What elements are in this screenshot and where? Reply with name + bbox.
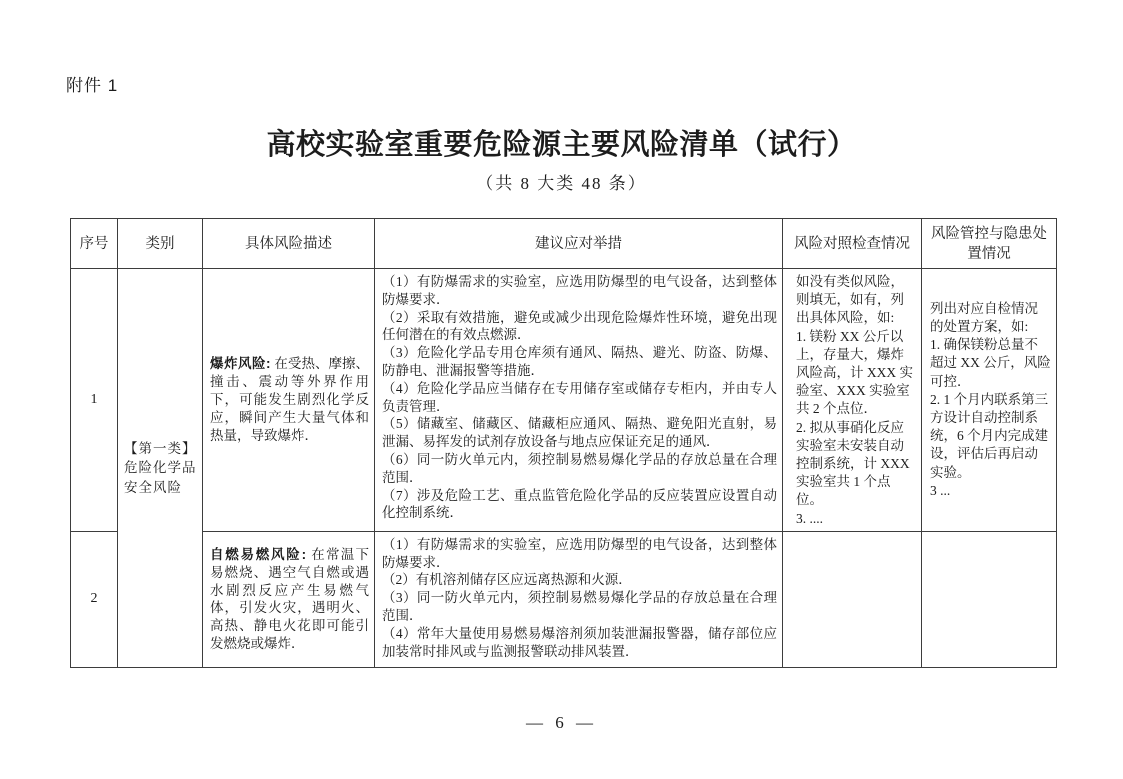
- header-risk-control-status: 风险管控与隐患处置情况: [922, 219, 1057, 269]
- risk-title-bold: 爆炸风险:: [210, 356, 271, 371]
- page-title: 高校实验室重要危险源主要风险清单（试行）: [0, 122, 1123, 163]
- attachment-label: 附件 1: [66, 71, 118, 96]
- risk-description-text: 在常温下易燃烧、遇空气自燃或遇水剧烈反应产生易燃气体，引发火灾，遇明火、高热、静…: [210, 547, 369, 651]
- table-row: 1 【第一类】 危险化学品 安全风险 爆炸风险: 在受热、摩擦、撞击、震动等外界…: [71, 269, 1057, 532]
- cell-row1-risk-description: 爆炸风险: 在受热、摩擦、撞击、震动等外界作用下，可能发生剧烈化学反应，瞬间产生…: [203, 269, 375, 532]
- table-header-row: 序号 类别 具体风险描述 建议应对举措 风险对照检查情况 风险管控与隐患处置情况: [71, 219, 1057, 269]
- cell-row2-measures: （1）有防爆需求的实验室，应选用防爆型的电气设备，达到整体防爆要求． （2）有机…: [375, 531, 783, 667]
- cell-row2-risk-description: 自燃易燃风险: 在常温下易燃烧、遇空气自燃或遇水剧烈反应产生易燃气体，引发火灾，…: [203, 531, 375, 667]
- header-index: 序号: [71, 219, 118, 269]
- document-page: 附件 1 高校实验室重要危险源主要风险清单（试行） （共 8 大类 48 条） …: [0, 0, 1123, 779]
- page-subtitle: （共 8 大类 48 条）: [0, 169, 1123, 194]
- header-risk-description: 具体风险描述: [203, 219, 375, 269]
- cell-row2-check-status: [783, 531, 922, 667]
- cell-row1-check-status: 如没有类似风险，则填无，如有，列出具体风险，如: 1. 镁粉 XX 公斤以上，存…: [783, 269, 922, 532]
- cell-row1-control-status: 列出对应自检情况的处置方案，如: 1. 确保镁粉总量不超过 XX 公斤，风险可控…: [922, 269, 1057, 532]
- header-risk-check-status: 风险对照检查情况: [783, 219, 922, 269]
- header-category: 类别: [118, 219, 203, 269]
- header-suggested-measures: 建议应对举措: [375, 219, 783, 269]
- risk-table: 序号 类别 具体风险描述 建议应对举措 风险对照检查情况 风险管控与隐患处置情况…: [70, 218, 1057, 668]
- cell-row2-index: 2: [71, 531, 118, 667]
- cell-row1-index: 1: [71, 269, 118, 532]
- table-row: 2 自燃易燃风险: 在常温下易燃烧、遇空气自燃或遇水剧烈反应产生易燃气体，引发火…: [71, 531, 1057, 667]
- cell-category-merged: 【第一类】 危险化学品 安全风险: [118, 269, 203, 668]
- cell-row1-measures: （1）有防爆需求的实验室，应选用防爆型的电气设备，达到整体防爆要求． （2）采取…: [375, 269, 783, 532]
- page-number: — 6 —: [0, 713, 1123, 733]
- cell-row2-control-status: [922, 531, 1057, 667]
- risk-title-bold: 自燃易燃风险:: [210, 547, 307, 562]
